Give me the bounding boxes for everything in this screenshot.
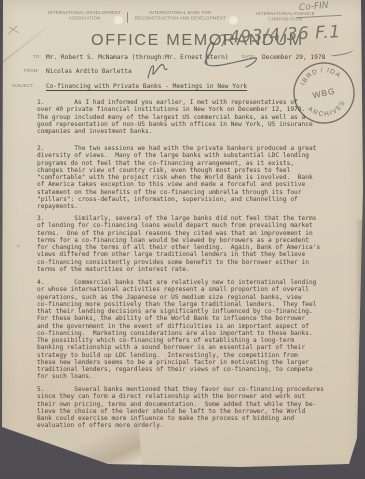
paragraph-5: 5. Several banks mentioned that they fav… [37, 386, 343, 430]
to-label: TO: [33, 55, 41, 59]
letterhead-divider [127, 12, 128, 23]
paragraph-3: 3. Similarly, several of the large banks… [37, 215, 343, 273]
punch-hole [228, 15, 239, 26]
stamp-arc-top-text: IBRD / IDA [297, 63, 343, 88]
memo-paper: INTERNATIONAL DEVELOPMENT ASSOCIATION IN… [0, 0, 365, 479]
signature-initials-barletta [144, 60, 172, 82]
from-value: Nicolas Ardito Barletta [46, 68, 132, 75]
paragraph-2: 2. The two sessions we had with the priv… [37, 145, 343, 210]
subject-value: Co-financing with Private Banks - Meetin… [46, 83, 247, 90]
paper-edge-shadow [355, 220, 365, 479]
from-label: FROM: [24, 69, 39, 73]
punch-hole [113, 15, 124, 26]
paragraph-4: 4. Commercial banks that are relatively … [37, 279, 343, 381]
pencil-margin-mark: + [16, 242, 20, 250]
letterhead-org-ibrd: INTERNATIONAL BANK FOR RECONSTRUCTION AN… [131, 11, 230, 22]
scanned-memo-page: { "letterhead": { "org_ida": "INTERNATIO… [0, 0, 365, 479]
pencil-mark [5, 22, 25, 38]
subject-label: SUBJECT: [12, 84, 34, 88]
svg-text:IBRD / IDA: IBRD / IDA [297, 63, 343, 88]
paragraph-1: 1. As I had informed you earlier, I met … [37, 99, 343, 135]
